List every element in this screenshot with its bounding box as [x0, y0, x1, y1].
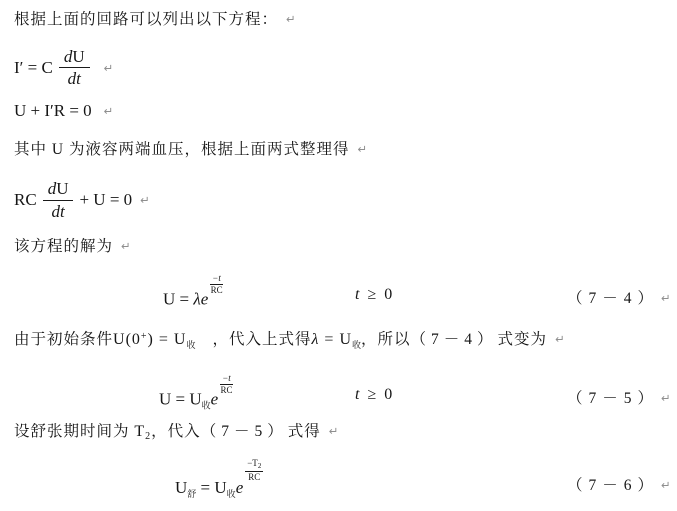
- exponent-denominator: RC: [245, 472, 263, 483]
- p5-tag-reference: （7－5）: [201, 423, 288, 440]
- equation-capacitor-current: I′ = C dU dt ↵: [14, 44, 113, 91]
- p4-mid4: ，所以: [361, 331, 411, 348]
- eq2-text: U + I′R = 0: [14, 101, 92, 120]
- p4-mid2: ，代入上式得: [212, 331, 311, 348]
- eq76-e: e: [236, 478, 244, 497]
- paragraph-mark-icon: ↵: [555, 332, 566, 346]
- p4-tag-reference: （7－4）: [411, 331, 498, 348]
- equation-7-5-condition: t≥0: [355, 386, 392, 404]
- eq3-lhs: RC: [14, 190, 37, 210]
- p4-mid1: ) = U: [148, 331, 187, 348]
- document-page: 根据上面的回路可以列出以下方程：↵ I′ = C dU dt ↵ U + I′R…: [0, 0, 677, 511]
- equation-ode: RC dU dt + U = 0 ↵: [14, 176, 150, 224]
- exponent-fraction: −T2RC: [245, 458, 263, 483]
- eq3-num-d: d: [48, 179, 57, 198]
- cond-zero: 0: [384, 386, 392, 403]
- paragraph-mark-icon: ↵: [286, 12, 297, 26]
- fraction-du-dt: dU dt: [59, 47, 90, 88]
- geq-symbol: ≥: [367, 386, 376, 403]
- eq76-sub-shu: 舒: [187, 489, 196, 499]
- eq76-mid: = U: [196, 478, 226, 497]
- fraction-numerator: dU: [59, 47, 90, 68]
- eq76-u: U: [175, 478, 187, 497]
- paragraph-mark-icon: ↵: [104, 61, 114, 75]
- equation-kvl: U + I′R = 0 ↵: [14, 101, 113, 121]
- paragraph-mark-icon: ↵: [661, 291, 677, 305]
- paragraph-solution-intro-text: 该方程的解为: [14, 238, 113, 255]
- eq74-lambda: λ: [193, 289, 200, 308]
- paragraph-mark-icon: ↵: [104, 104, 114, 118]
- exponent-numerator: −t: [210, 273, 223, 285]
- geq-symbol: ≥: [367, 286, 376, 303]
- paragraph-explain-u: 其中 U 为液容两端血压，根据上面两式整理得↵: [14, 139, 368, 160]
- eq76-sub-shou: 收: [227, 489, 236, 499]
- paragraph-mark-icon: ↵: [357, 142, 368, 156]
- exponent-denominator: RC: [220, 385, 233, 396]
- equation-7-5-number-text: （7－5）: [567, 390, 659, 407]
- fraction-denominator: dt: [51, 201, 64, 221]
- fraction-numerator: dU: [43, 179, 74, 200]
- cond-t: t: [355, 386, 359, 403]
- equation-7-6-number-text: （7－6）: [567, 477, 659, 494]
- exp-num-T-subscript: 2: [258, 462, 262, 470]
- equation-7-4: U = λe−tRC: [163, 284, 223, 309]
- equation-7-5-number: （7－5）↵: [567, 386, 677, 408]
- p4-mid3: = U: [319, 331, 352, 348]
- eq74-e: e: [201, 289, 209, 308]
- eq1-lhs: I′ = C: [14, 58, 53, 78]
- fraction-denominator: dt: [68, 68, 81, 88]
- equation-7-6-number: （7－6）↵: [567, 473, 677, 495]
- p4-u0: U(0: [113, 331, 141, 348]
- exponent-numerator: −t: [220, 373, 233, 385]
- exponent-fraction: −tRC: [210, 273, 223, 297]
- paragraph-mark-icon: ↵: [661, 478, 677, 492]
- equation-7-5: U = U收e−tRC: [159, 384, 233, 411]
- p5-post: 式得: [288, 423, 321, 440]
- p4-sub-shou-2: 收: [352, 340, 361, 350]
- eq3-num-U: U: [56, 179, 68, 198]
- p4-sub-shou: 收: [186, 340, 195, 350]
- eq74-lhs: U =: [163, 289, 193, 308]
- p4-post: 式变为: [498, 331, 548, 348]
- p5-pre: 设舒张期时间为: [14, 423, 134, 440]
- exponent-fraction: −tRC: [220, 373, 233, 397]
- p5-mid: ，代入: [151, 423, 201, 440]
- p5-t-symbol: T: [134, 423, 145, 440]
- equation-7-6: U舒 = U收e−T2RC: [175, 471, 263, 500]
- paragraph-intro: 根据上面的回路可以列出以下方程：↵: [14, 9, 297, 30]
- paragraph-explain-u-text: 其中 U 为液容两端血压，根据上面两式整理得: [14, 141, 349, 158]
- equation-7-4-number: （7－4）↵: [567, 286, 677, 308]
- p4-sup-plus: +: [141, 331, 148, 342]
- fraction-du-dt: dU dt: [43, 179, 74, 220]
- paragraph-mark-icon: ↵: [140, 193, 150, 207]
- eq3-rhs: + U = 0: [79, 190, 132, 210]
- paragraph-mark-icon: ↵: [329, 424, 340, 438]
- eq75-e: e: [211, 389, 219, 408]
- equation-7-4-number-text: （7－4）: [567, 290, 659, 307]
- paragraph-intro-text: 根据上面的回路可以列出以下方程：: [14, 11, 278, 28]
- exponent-denominator: RC: [210, 285, 223, 296]
- paragraph-solution-intro: 该方程的解为↵: [14, 236, 132, 257]
- paragraph-initial-condition: 由于初始条件U(0+) = U收，代入上式得λ = U收，所以（7－4）式变为↵: [14, 327, 566, 355]
- exp-num-T: −T: [247, 458, 258, 468]
- cond-zero: 0: [384, 286, 392, 303]
- exponent-numerator: −T2: [245, 458, 263, 472]
- equation-7-4-condition: t≥0: [355, 286, 392, 304]
- eq75-sub-shou: 收: [202, 400, 211, 410]
- paragraph-diastole: 设舒张期时间为 T2，代入（7－5）式得↵: [14, 421, 339, 447]
- cond-t: t: [355, 286, 359, 303]
- paragraph-mark-icon: ↵: [121, 239, 132, 253]
- p4-pre: 由于初始条件: [14, 331, 113, 348]
- paragraph-mark-icon: ↵: [661, 391, 677, 405]
- eq75-lhs: U = U: [159, 389, 202, 408]
- eq1-num-U: U: [72, 47, 84, 66]
